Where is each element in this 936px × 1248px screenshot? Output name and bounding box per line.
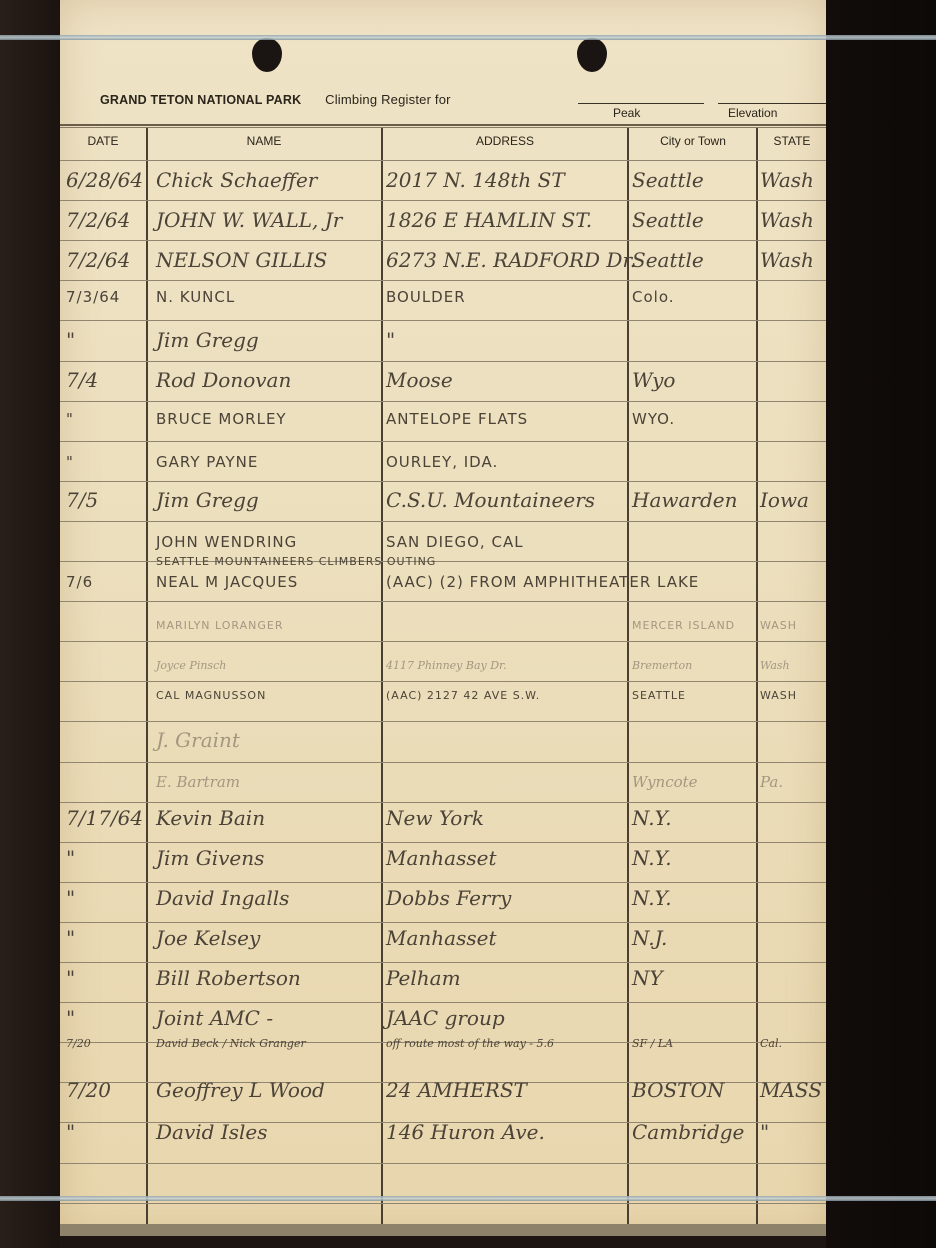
entry-name: BRUCE MORLEY xyxy=(156,412,287,427)
entry-date: " xyxy=(66,1008,75,1028)
ruled-line xyxy=(60,320,826,321)
entry-address: Dobbs Ferry xyxy=(386,888,511,908)
entry-state: WASH xyxy=(760,690,797,701)
entry-state: Pa. xyxy=(760,775,783,790)
entry-state: Iowa xyxy=(760,490,809,510)
elevation-blank xyxy=(718,103,826,104)
entry-name: MARILYN LORANGER xyxy=(156,620,283,631)
entry-state: WASH xyxy=(760,620,797,631)
entry-address: Manhasset xyxy=(386,848,497,868)
entry-date: " xyxy=(66,412,74,427)
entry-name: GARY PAYNE xyxy=(156,455,258,470)
entry-address: BOULDER xyxy=(386,290,466,305)
column-header-state: STATE xyxy=(758,134,826,148)
column-header-name: NAME xyxy=(146,134,382,148)
entry-city: MERCER ISLAND xyxy=(632,620,735,631)
entry-state: Wash xyxy=(760,210,814,230)
entry-date: " xyxy=(66,330,75,350)
column-divider xyxy=(381,128,383,1224)
entry-date: 7/2/64 xyxy=(66,210,130,230)
entry-date: " xyxy=(66,928,75,948)
entry-city: N.Y. xyxy=(632,808,672,828)
entry-name: Jim Givens xyxy=(156,848,264,868)
peak-label: Peak xyxy=(613,106,640,120)
entry-name: Jim Gregg xyxy=(156,490,259,510)
entry-address: 2017 N. 148th ST xyxy=(386,170,565,190)
ruled-line xyxy=(60,842,826,843)
entry-name: E. Bartram xyxy=(156,775,240,790)
entry-city: Seattle xyxy=(632,170,704,190)
entry-city: N.Y. xyxy=(632,888,672,908)
entry-address: off route most of the way - 5.6 xyxy=(386,1038,554,1049)
ruled-line xyxy=(60,240,826,241)
entry-city: N.J. xyxy=(632,928,667,948)
ruled-line xyxy=(60,681,826,682)
entry-date: 7/5 xyxy=(66,490,98,510)
entry-address: ANTELOPE FLATS xyxy=(386,412,528,427)
peak-blank xyxy=(578,103,704,104)
ruled-line xyxy=(60,280,826,281)
ruled-line xyxy=(60,802,826,803)
register-label: Climbing Register for xyxy=(325,92,451,107)
ruled-line xyxy=(60,160,826,161)
entry-address: (AAC) (2) FROM AMPHITHEATER LAKE xyxy=(386,575,699,590)
header-rule xyxy=(60,124,826,128)
ruled-line xyxy=(60,441,826,442)
entry-address: C.S.U. Mountaineers xyxy=(386,490,595,510)
entry-address: New York xyxy=(386,808,484,828)
entry-city: NY xyxy=(632,968,663,988)
entry-state: Cal. xyxy=(760,1038,782,1049)
column-header-date: DATE xyxy=(60,134,146,148)
entry-city: SEATTLE xyxy=(632,690,686,701)
entry-name: NELSON GILLIS xyxy=(156,250,327,270)
entry-name: David Isles xyxy=(156,1122,267,1142)
background-left xyxy=(0,0,60,1248)
column-divider xyxy=(756,128,758,1224)
entry-address: 6273 N.E. RADFORD Dr. xyxy=(386,250,636,270)
entry-city: Seattle xyxy=(632,250,704,270)
entry-address: 4117 Phinney Bay Dr. xyxy=(386,660,507,671)
entry-city: Hawarden xyxy=(632,490,738,510)
column-divider xyxy=(627,128,629,1224)
hanging-wire xyxy=(0,1196,936,1201)
hanging-wire xyxy=(0,35,936,40)
entry-date: 7/20 xyxy=(66,1038,91,1049)
column-divider xyxy=(146,128,148,1224)
entry-state: Wash xyxy=(760,660,790,671)
entry-address: Moose xyxy=(386,370,453,390)
elevation-label: Elevation xyxy=(728,106,777,120)
punch-hole xyxy=(577,38,607,72)
entry-name: N. KUNCL xyxy=(156,290,235,305)
entry-name: Kevin Bain xyxy=(156,808,265,828)
entry-address: (AAC) 2127 42 AVE S.W. xyxy=(386,690,540,701)
entry-date: 7/6 xyxy=(66,575,93,590)
entry-date: " xyxy=(66,888,75,908)
entry-address: OURLEY, IDA. xyxy=(386,455,498,470)
entry-name: JOHN WENDRING xyxy=(156,535,297,550)
background-right xyxy=(826,0,936,1248)
entry-city: Bremerton xyxy=(632,660,692,671)
entry-address: JAAC group xyxy=(386,1008,505,1028)
entry-date: " xyxy=(66,968,75,988)
ruled-line xyxy=(60,882,826,883)
entry-date: 6/28/64 xyxy=(66,170,143,190)
entry-address: 146 Huron Ave. xyxy=(386,1122,545,1142)
entry-name: NEAL M JACQUES xyxy=(156,575,298,590)
ruled-line xyxy=(60,1002,826,1003)
entry-city: Cambridge xyxy=(632,1122,744,1142)
entry-name: Geoffrey L Wood xyxy=(156,1080,325,1100)
entry-date: " xyxy=(66,848,75,868)
form-title: GRAND TETON NATIONAL PARK Climbing Regis… xyxy=(100,92,451,107)
entry-state: Wash xyxy=(760,170,814,190)
entry-name: Joyce Pinsch xyxy=(156,660,226,671)
column-header-address: ADDRESS xyxy=(382,134,628,148)
entry-date: 7/17/64 xyxy=(66,808,143,828)
entry-name: David Ingalls xyxy=(156,888,289,908)
entry-address: SAN DIEGO, CAL xyxy=(386,535,524,550)
ruled-line xyxy=(60,361,826,362)
entry-name: SEATTLE MOUNTAINEERS CLIMBERS OUTING xyxy=(156,556,436,567)
ruled-line xyxy=(60,521,826,522)
entry-name: David Beck / Nick Granger xyxy=(156,1038,306,1049)
entry-date: 7/3/64 xyxy=(66,290,120,305)
entry-name: Chick Schaeffer xyxy=(156,170,317,190)
entry-address: Pelham xyxy=(386,968,461,988)
entry-name: J. Graint xyxy=(156,730,240,750)
ruled-line xyxy=(60,762,826,763)
ruled-line xyxy=(60,1203,826,1204)
ruled-line xyxy=(60,721,826,722)
entry-name: JOHN W. WALL, Jr xyxy=(156,210,342,230)
entry-date: " xyxy=(66,1122,75,1142)
entry-state: MASS xyxy=(760,1080,822,1100)
entry-name: Joe Kelsey xyxy=(156,928,260,948)
entry-date: 7/20 xyxy=(66,1080,111,1100)
ruled-line xyxy=(60,200,826,201)
entry-address: 1826 E HAMLIN ST. xyxy=(386,210,592,230)
entry-date: 7/4 xyxy=(66,370,98,390)
ruled-line xyxy=(60,922,826,923)
entry-name: Jim Gregg xyxy=(156,330,259,350)
entry-date: 7/2/64 xyxy=(66,250,130,270)
ruled-line xyxy=(60,601,826,602)
entry-name: Joint AMC - xyxy=(156,1008,273,1028)
ruled-line xyxy=(60,401,826,402)
entry-address: " xyxy=(386,330,395,350)
register-sheet: GRAND TETON NATIONAL PARK Climbing Regis… xyxy=(60,0,826,1236)
entry-state: " xyxy=(760,1122,769,1142)
entry-city: Wyncote xyxy=(632,775,698,790)
entry-city: Colo. xyxy=(632,290,675,305)
entry-city: WYO. xyxy=(632,412,675,427)
entry-name: Rod Donovan xyxy=(156,370,291,390)
column-header-city: City or Town xyxy=(628,134,758,148)
entry-city: BOSTON xyxy=(632,1080,724,1100)
punch-hole xyxy=(252,38,282,72)
entry-date: " xyxy=(66,455,74,470)
ruled-line xyxy=(60,962,826,963)
entry-city: N.Y. xyxy=(632,848,672,868)
entry-name: Bill Robertson xyxy=(156,968,301,988)
park-name: GRAND TETON NATIONAL PARK xyxy=(100,93,301,107)
entry-state: Wash xyxy=(760,250,814,270)
ruled-line xyxy=(60,1163,826,1164)
entry-city: SF / LA xyxy=(632,1038,673,1049)
entry-name: CAL MAGNUSSON xyxy=(156,690,266,701)
entry-city: Seattle xyxy=(632,210,704,230)
entry-city: Wyo xyxy=(632,370,675,390)
entry-address: Manhasset xyxy=(386,928,497,948)
ruled-line xyxy=(60,481,826,482)
ruled-line xyxy=(60,641,826,642)
entry-address: 24 AMHERST xyxy=(386,1080,527,1100)
